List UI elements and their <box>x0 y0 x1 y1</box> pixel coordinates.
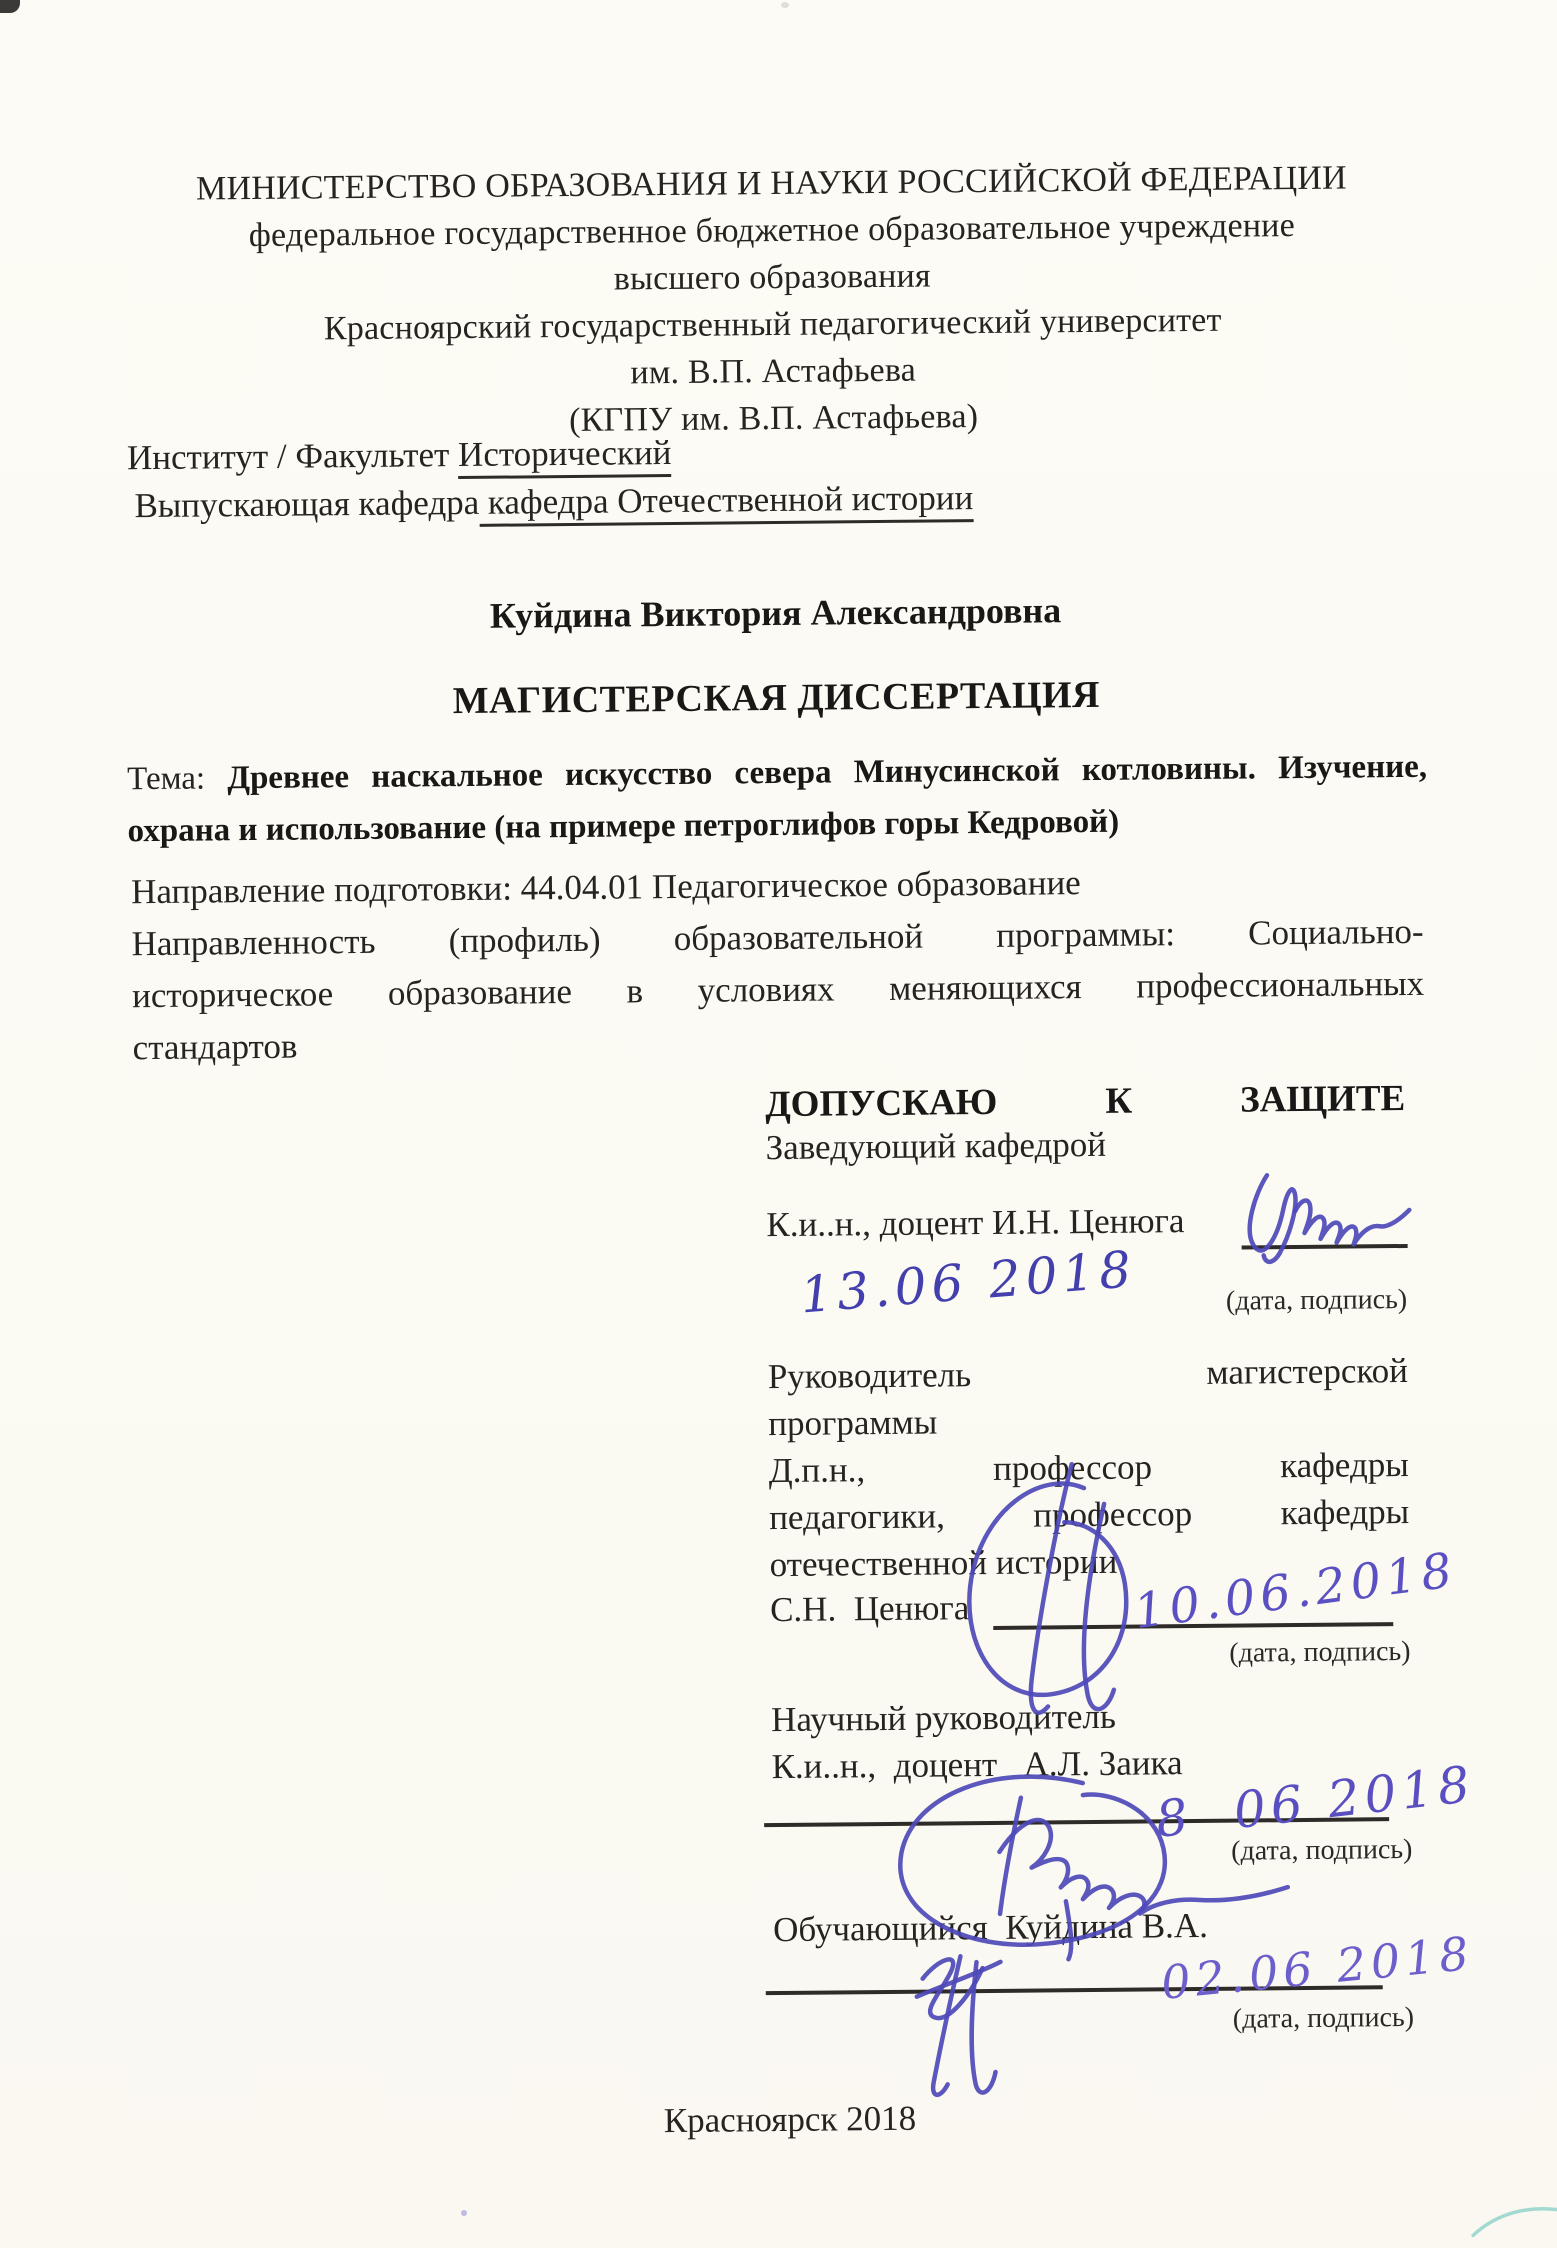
topic-line-2: охрана и использование (на примере петро… <box>127 801 1427 850</box>
topic-line-1: Тема: Древнее наскальное искусство север… <box>127 749 1427 798</box>
city-year-footer: Красноярск 2018 <box>80 2093 1500 2147</box>
signature-advisor-scribble <box>868 1747 1300 1966</box>
topic-text-1: Древнее наскальное искусство севера Мину… <box>227 749 1427 797</box>
scan-teal-artifact <box>1469 2200 1557 2241</box>
signature-supervisor-scribble <box>936 1451 1154 1728</box>
department-value: кафедра Отечественной истории <box>479 478 973 527</box>
department-label: Выпускающая кафедра <box>134 483 479 525</box>
program-direction-line: Направление подготовки: 44.04.01 Педагог… <box>131 860 1423 912</box>
signature-department-head-scribble <box>1229 1152 1415 1269</box>
supervisor-line-2: программы <box>768 1398 1408 1444</box>
department-line: Выпускающая кафедра кафедра Отечественно… <box>134 478 973 526</box>
topic-label: Тема: <box>127 760 228 797</box>
institute-value: Исторический <box>458 433 672 479</box>
program-profile-line-1: Направленность (профиль) образовательной… <box>131 912 1423 964</box>
document-type-title: МАГИСТЕРСКАЯ ДИССЕРТАЦИЯ <box>66 669 1486 727</box>
thesis-title-page: МИНИСТЕРСТВО ОБРАЗОВАНИЯ И НАУКИ РОССИЙС… <box>0 0 1557 2248</box>
program-profile-line-3: стандартов <box>132 1016 1424 1068</box>
institute-line: Институт / Факультет Исторический <box>127 433 672 478</box>
signature-student-scribble <box>888 1934 1025 2105</box>
date-sign-caption-4: (дата, подпись) <box>774 2002 1420 2040</box>
supervisor-line-1: Руководитель магистерской <box>768 1351 1408 1397</box>
approval-title: ДОПУСКАЮ К ЗАЩИТЕ <box>765 1077 1405 1126</box>
date-sign-caption-1: (дата, подпись) <box>767 1284 1413 1322</box>
program-profile-line-2: историческое образование в условиях меня… <box>132 964 1424 1016</box>
institute-label: Институт / Факультет <box>127 435 458 477</box>
author-name: Куйдина Виктория Александровна <box>65 585 1485 641</box>
